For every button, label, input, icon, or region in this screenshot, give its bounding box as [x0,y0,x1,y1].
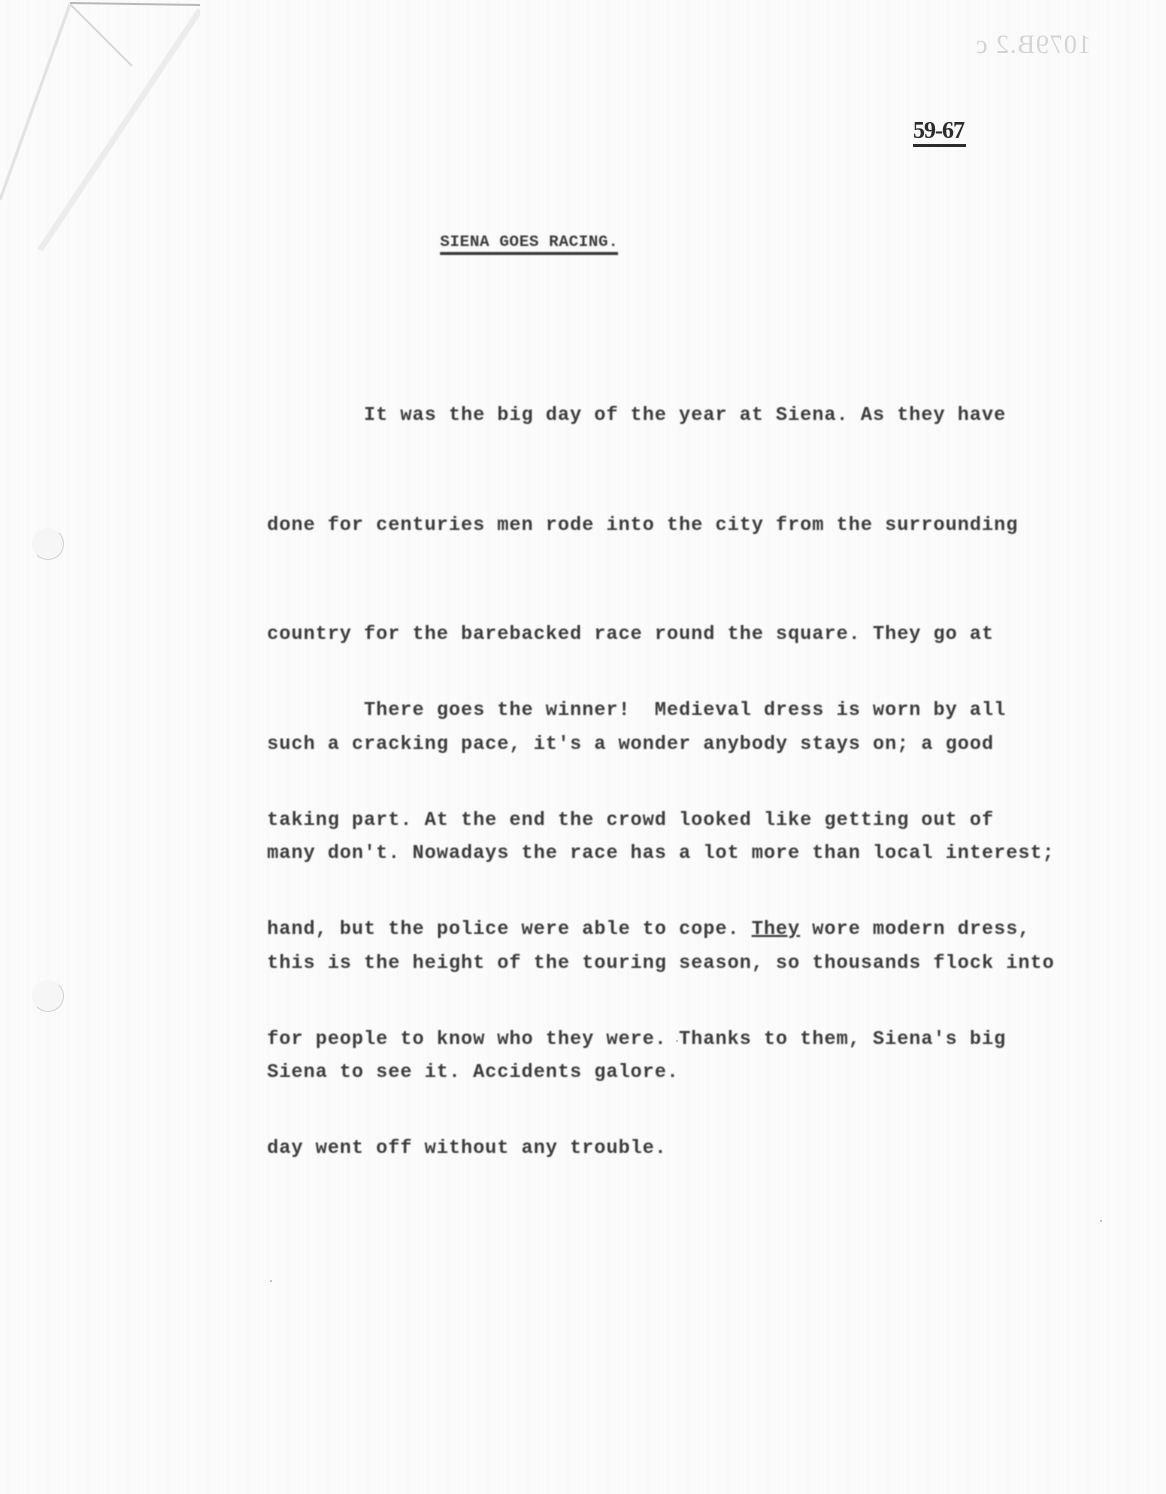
punch-hole [32,980,64,1012]
bleed-through-reference: 1079B.2 c [975,30,1091,60]
document-title: SIENA GOES RACING. [440,232,618,255]
paragraph-line: day went off without any trouble. [267,1130,1107,1167]
paragraph-2: There goes the winner! Medieval dress is… [267,619,1107,1240]
paper-speck [676,1040,678,1042]
paragraph-line: hand, but the police were able to cope. … [267,911,1107,948]
document-page: 1079B.2 c 59-67 SIENA GOES RACING. It wa… [0,0,1166,1494]
line-text: hand, but the police were able to cope. [267,918,752,940]
page-number: 59-67 [913,118,966,147]
line-text: wore modern dress, [800,918,1030,940]
paragraph-line: There goes the winner! Medieval dress is… [267,692,1107,729]
punch-hole [32,528,64,560]
paper-speck [1100,1220,1102,1222]
paragraph-line: taking part. At the end the crowd looked… [267,802,1107,839]
paragraph-line: done for centuries men rode into the cit… [267,507,1107,544]
paper-speck [270,1280,272,1282]
paragraph-line: for people to know who they were. Thanks… [267,1021,1107,1058]
paragraph-line: It was the big day of the year at Siena.… [267,397,1107,434]
underlined-word: They [752,918,800,940]
folded-corner-crease [0,0,200,260]
